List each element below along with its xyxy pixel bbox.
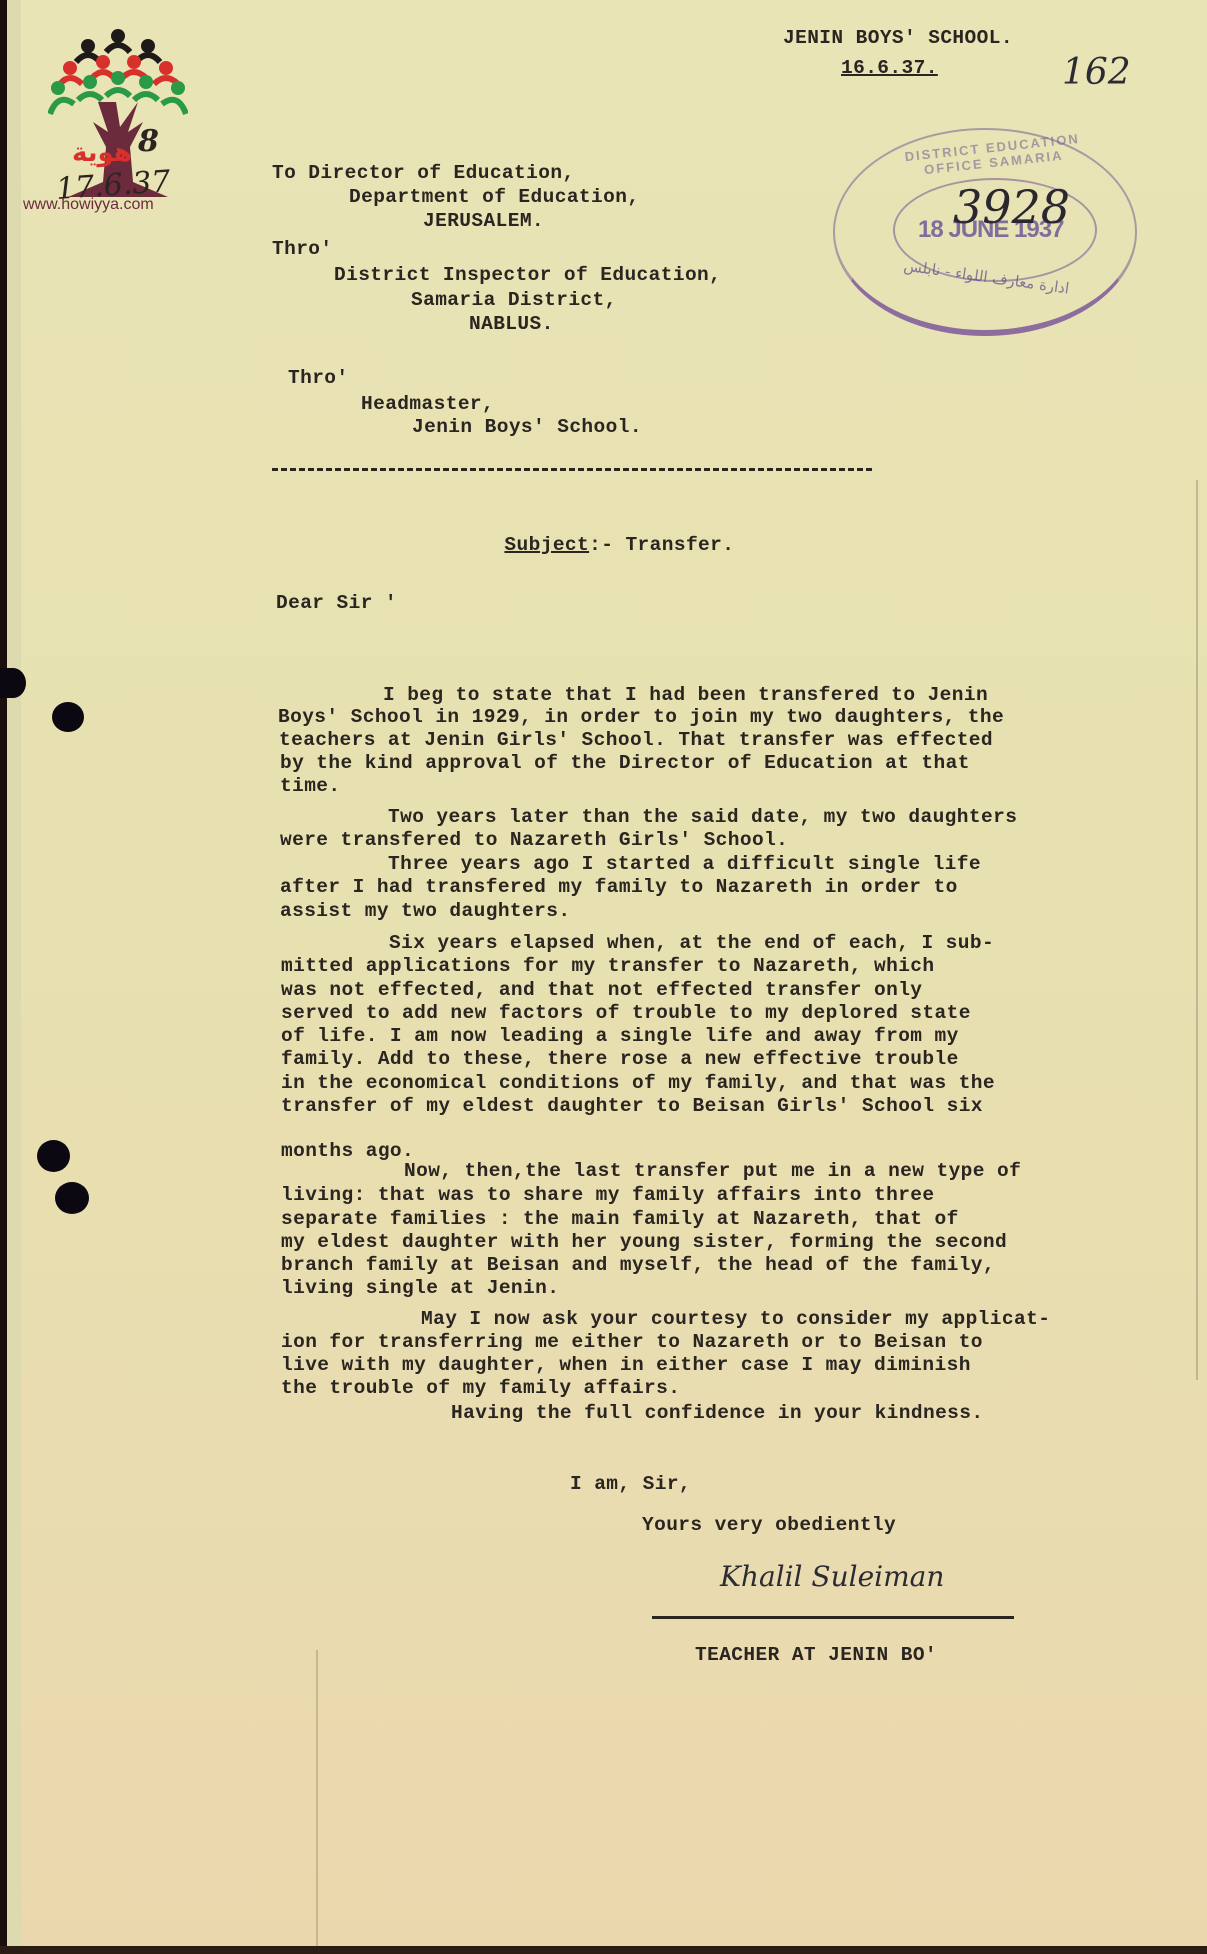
paper-fold-line xyxy=(316,1650,318,1954)
subject-label: Subject xyxy=(504,534,589,556)
addressee-line: To Director of Education, xyxy=(272,162,575,184)
page-number-mark: 162 xyxy=(1062,52,1131,93)
punch-hole-icon xyxy=(37,1140,70,1172)
addressee-line: NABLUS. xyxy=(469,313,554,335)
body-line: was not effected, and that not effected … xyxy=(281,979,922,1001)
signature: Khalil Suleiman xyxy=(720,1560,944,1593)
body-line: live with my daughter, when in either ca… xyxy=(281,1354,971,1376)
body-line: the trouble of my family affairs. xyxy=(281,1377,680,1399)
addressee-line: Jenin Boys' School. xyxy=(412,416,642,438)
body-line: Having the full confidence in your kindn… xyxy=(451,1402,983,1424)
body-line: teachers at Jenin Girls' School. That tr… xyxy=(279,729,993,751)
addressee-line: District Inspector of Education, xyxy=(334,264,721,286)
signer-title: TEACHER AT JENIN BO' xyxy=(695,1644,937,1666)
punch-hole-icon xyxy=(0,668,26,698)
body-line: Three years ago I started a difficult si… xyxy=(388,853,981,875)
scan-left-edge xyxy=(0,0,7,1954)
body-line: separate families : the main family at N… xyxy=(281,1208,959,1230)
body-line: in the economical conditions of my famil… xyxy=(281,1072,995,1094)
letter-date: 16.6.37. xyxy=(841,57,938,79)
body-line: after I had transfered my family to Naza… xyxy=(280,876,958,898)
signature-line xyxy=(652,1616,1014,1619)
body-line: branch family at Beisan and myself, the … xyxy=(281,1254,995,1276)
body-line: time. xyxy=(280,775,341,797)
body-line: Now, then,the last transfer put me in a … xyxy=(404,1160,1021,1182)
addressee-line: Samaria District, xyxy=(411,289,617,311)
body-line: I beg to state that I had been transfere… xyxy=(383,684,988,706)
watermark-arabic-name: هوية xyxy=(72,138,132,168)
sender-heading: JENIN BOYS' SCHOOL. xyxy=(783,27,1013,49)
thro-label: Thro' xyxy=(288,367,349,389)
body-line: transfer of my eldest daughter to Beisan… xyxy=(281,1095,983,1117)
body-line: Two years later than the said date, my t… xyxy=(388,806,1017,828)
document-page: هوية www.howiyya.com 17.6.37 8 JENIN BOY… xyxy=(0,0,1207,1954)
addressee-line: Department of Education, xyxy=(349,186,639,208)
addressee-line: Headmaster, xyxy=(361,393,494,415)
receipt-stamp: DISTRICT EDUCATION OFFICE SAMARIA 18 JUN… xyxy=(833,118,1153,348)
body-line: ion for transferring me either to Nazare… xyxy=(281,1331,983,1353)
closing-line: I am, Sir, xyxy=(570,1473,691,1495)
scan-bottom-edge xyxy=(0,1946,1207,1954)
subject-line: Subject:- Transfer. xyxy=(456,512,734,578)
body-line: by the kind approval of the Director of … xyxy=(280,752,970,774)
body-line: of life. I am now leading a single life … xyxy=(281,1025,959,1047)
closing-line: Yours very obediently xyxy=(642,1514,896,1536)
body-line: Boys' School in 1929, in order to join m… xyxy=(278,706,1004,728)
scan-left-margin xyxy=(7,0,21,1954)
thro-label: Thro' xyxy=(272,238,333,260)
body-line: Six years elapsed when, at the end of ea… xyxy=(389,932,994,954)
body-line: family. Add to these, there rose a new e… xyxy=(281,1048,959,1070)
body-line: living: that was to share my family affa… xyxy=(281,1184,935,1206)
body-line: assist my two daughters. xyxy=(280,900,570,922)
separator-dashed-line xyxy=(272,468,872,471)
addressee-line: JERUSALEM. xyxy=(423,210,544,232)
body-line: were transfered to Nazareth Girls' Schoo… xyxy=(280,829,788,851)
body-line: May I now ask your courtesy to consider … xyxy=(421,1308,1050,1330)
body-line: served to add new factors of trouble to … xyxy=(281,1002,971,1024)
archive-number-mark: 8 xyxy=(138,124,159,159)
punch-hole-icon xyxy=(52,702,84,732)
subject-text: :- Transfer. xyxy=(589,534,734,556)
body-line: my eldest daughter with her young sister… xyxy=(281,1231,1007,1253)
punch-hole-icon xyxy=(55,1182,89,1214)
body-line: living single at Jenin. xyxy=(281,1277,559,1299)
body-line: mitted applications for my transfer to N… xyxy=(281,955,935,977)
salutation: Dear Sir ' xyxy=(276,592,397,614)
stamp-handwritten-number: 3928 xyxy=(953,180,1070,234)
paper-right-crease xyxy=(1196,480,1198,1380)
body-line: months ago. xyxy=(281,1140,414,1162)
